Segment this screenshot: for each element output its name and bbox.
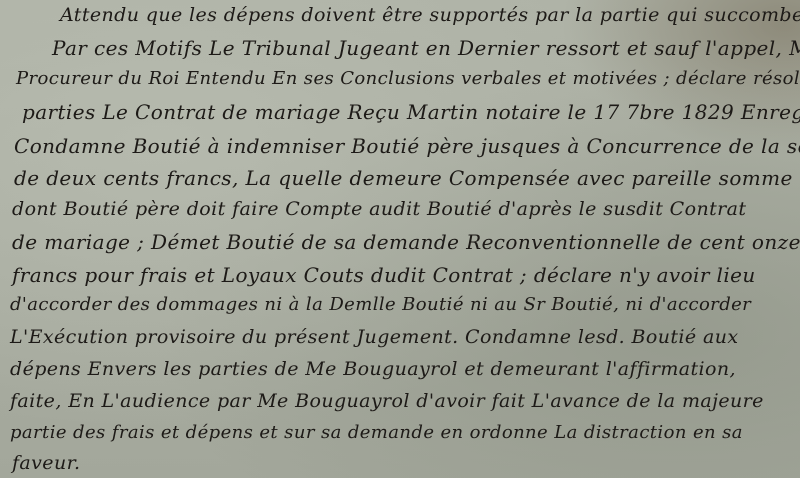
text-line-13: faite, En L'audience par Me Bouguayrol d… bbox=[10, 390, 764, 412]
text-line-1: Attendu que les dépens doivent être supp… bbox=[60, 4, 800, 26]
text-line-4: parties Le Contrat de mariage Reçu Marti… bbox=[22, 100, 800, 124]
text-line-8: de mariage ; Démet Boutié de sa demande … bbox=[12, 230, 800, 254]
text-line-6: de deux cents francs, La quelle demeure … bbox=[14, 166, 793, 190]
text-line-14: partie des frais et dépens et sur sa dem… bbox=[10, 422, 743, 443]
text-line-12: dépens Envers les parties de Me Bouguayr… bbox=[10, 358, 736, 380]
text-line-11: L'Exécution provisoire du présent Jugeme… bbox=[10, 326, 738, 348]
text-line-15: faveur. bbox=[12, 452, 80, 474]
text-line-10: d'accorder des dommages ni à la Demlle B… bbox=[10, 294, 751, 315]
text-line-5: Condamne Boutié à indemniser Boutié père… bbox=[14, 134, 800, 158]
manuscript-page: Attendu que les dépens doivent être supp… bbox=[0, 0, 800, 478]
text-line-9: francs pour frais et Loyaux Couts dudit … bbox=[12, 263, 756, 287]
text-line-2: Par ces Motifs Le Tribunal Jugeant en De… bbox=[52, 36, 800, 60]
text-line-7: dont Boutié père doit faire Compte audit… bbox=[12, 198, 746, 220]
text-line-3: Procureur du Roi Entendu En ses Conclusi… bbox=[16, 68, 800, 89]
